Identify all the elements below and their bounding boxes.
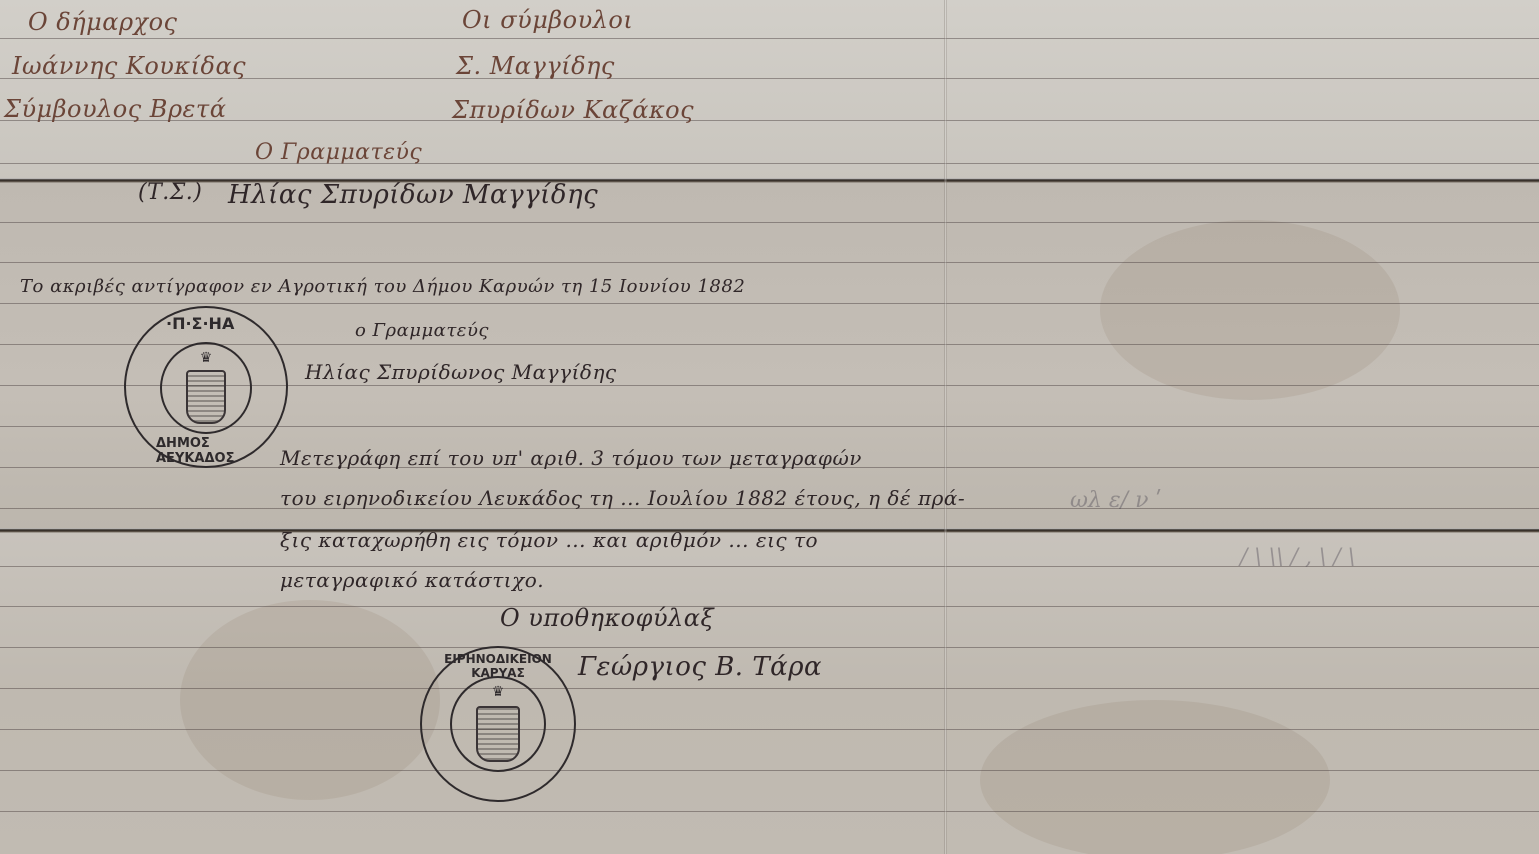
document-photo: Ο δήμαρχος Ιωάννης Κουκίδας Σύμβουλος Βρ… xyxy=(0,0,1539,854)
paper-stain xyxy=(1100,220,1400,400)
notary-title: Ο υποθηκοφύλαξ xyxy=(500,604,714,632)
secretary-name: Ηλίας Σπυρίδωνος Μαγγίδης xyxy=(305,360,617,384)
seal-ring-text: ΔΗΜΟΣ ΑΕΥΚΑΔΟΣ xyxy=(156,436,286,466)
seal-ring-text: ΕΙΡΗΝΟΔΙΚΕΙΟΝ ΚΑΡΥΑΣ xyxy=(432,652,564,680)
secretary-title-top: Ο Γραμματεύς xyxy=(255,140,422,165)
municipal-seal: ·Π·Σ·ΗΑ ♛ ΔΗΜΟΣ ΑΕΥΚΑΔΟΣ xyxy=(124,306,288,468)
fold-crease-vertical xyxy=(944,0,947,854)
secretary-signature-top: Ηλίας Σπυρίδων Μαγγίδης xyxy=(228,180,598,210)
signature-mayor-title: Ο δήμαρχος xyxy=(28,8,177,36)
seal-top-text: ·Π·Σ·ΗΑ xyxy=(166,314,234,333)
coat-of-arms-icon xyxy=(186,370,226,424)
registration-line-4: μεταγραφικό κατάστιχο. xyxy=(280,568,544,592)
registration-line-1: Μετεγράφη επί του υπ' αριθ. 3 τόμου των … xyxy=(280,446,862,470)
coat-of-arms-icon xyxy=(476,706,520,762)
signature-councillor: Σύμβουλος Βρετά xyxy=(4,95,226,123)
ink-bleed-through: / \ \\ / , \ / \ xyxy=(1240,545,1355,570)
ink-bleed-through: ωλ ε/ ν ʹ xyxy=(1070,488,1162,513)
secretary-title: ο Γραμματεύς xyxy=(355,320,489,341)
registration-line-3: ξις καταχωρήθη εις τόμον ... και αριθμόν… xyxy=(280,528,818,552)
signature-koukidas: Ιωάννης Κουκίδας xyxy=(12,52,246,80)
reference-number: (Τ.Σ.) xyxy=(138,180,202,205)
notary-signature: Γεώργιος Β. Τάρα xyxy=(578,652,822,682)
paper-stain xyxy=(980,700,1330,854)
registration-line-2: του ειρηνοδικείου Λευκάδος τη ... Ιουλίο… xyxy=(280,486,965,510)
signature-maggidis: Σ. Μαγγίδης xyxy=(456,52,615,80)
paper-panel-top xyxy=(0,0,1539,182)
signature-kazakos: Σπυρίδων Καζάκος xyxy=(452,96,694,124)
court-seal: ♛ ΕΙΡΗΝΟΔΙΚΕΙΟΝ ΚΑΡΥΑΣ xyxy=(420,646,576,802)
crown-icon: ♛ xyxy=(480,684,516,700)
certification-line: Το ακριβές αντίγραφον εν Αγροτική του Δή… xyxy=(20,276,745,297)
crown-icon: ♛ xyxy=(188,350,224,366)
signature-councillors-title: Οι σύμβουλοι xyxy=(462,6,633,34)
